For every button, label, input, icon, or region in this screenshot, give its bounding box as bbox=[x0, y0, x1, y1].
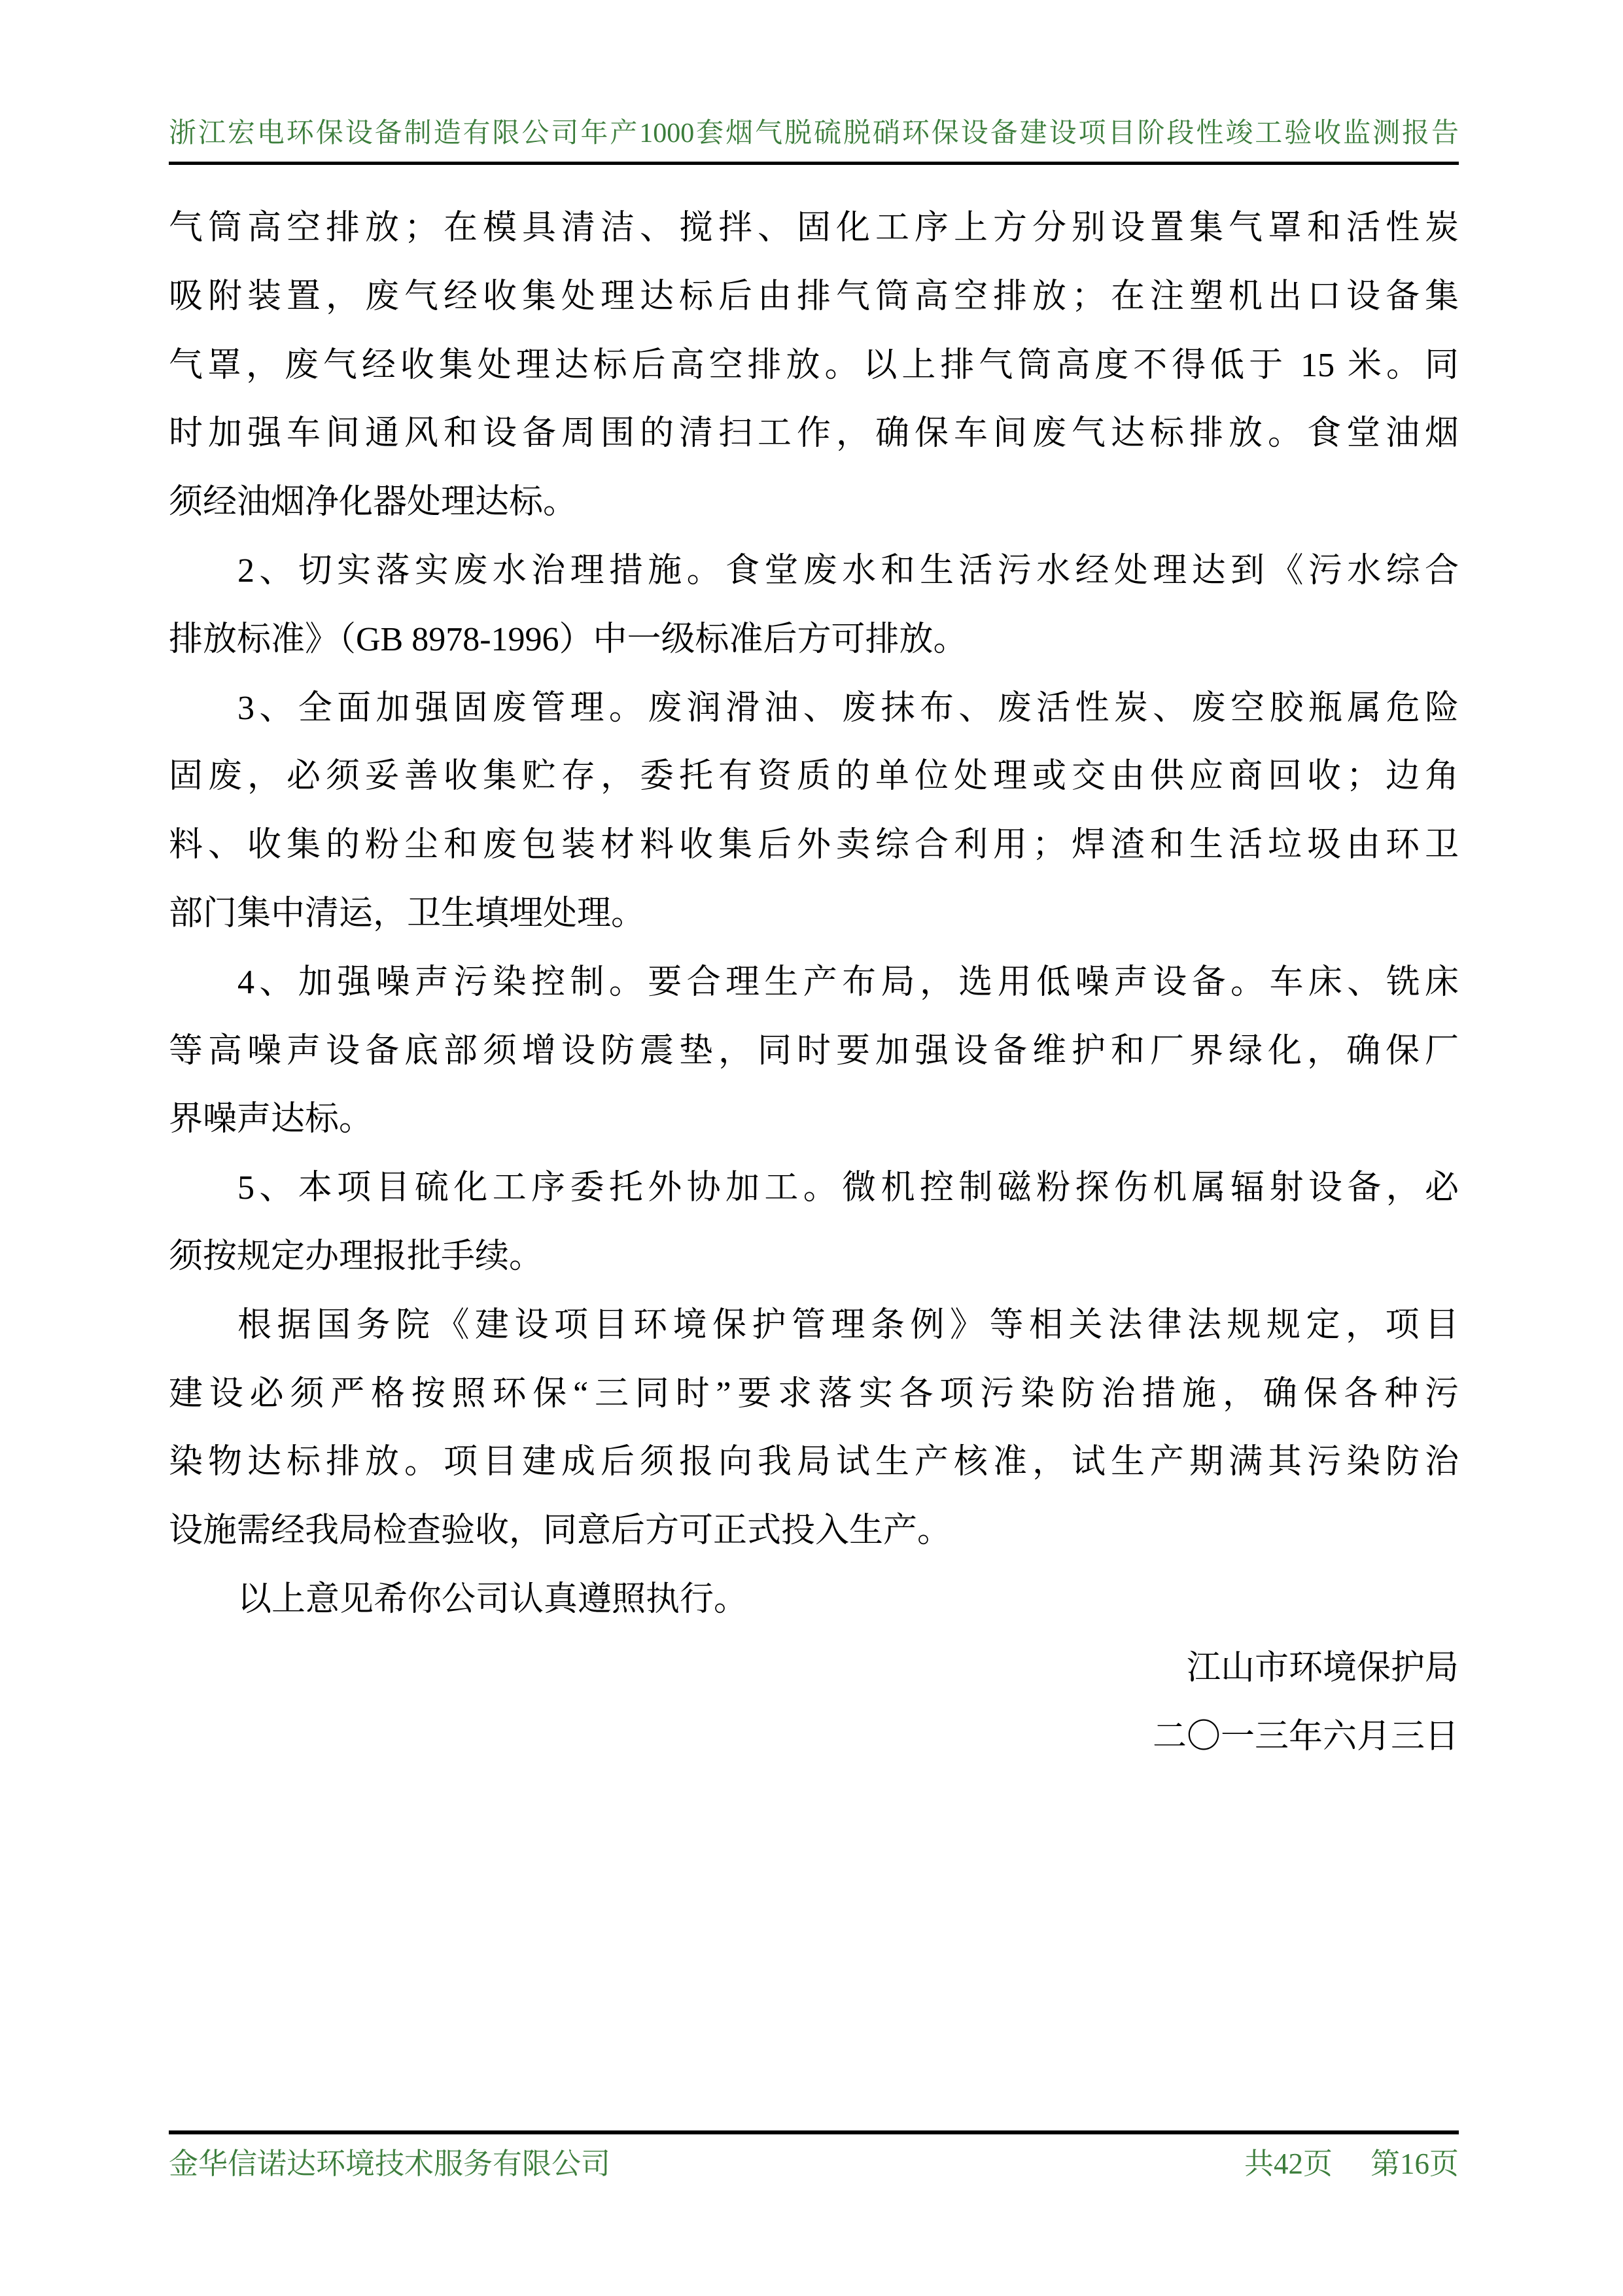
footer-rule bbox=[169, 2130, 1459, 2134]
body-line: 部门集中清运，卫生填埋处理。 bbox=[169, 880, 1459, 949]
body-line: 吸附装置，废气经收集处理达标后由排气筒高空排放；在注塑机出口设备集 bbox=[169, 263, 1459, 332]
signature-date: 二〇一三年六月三日 bbox=[169, 1703, 1459, 1772]
body-line: 排放标准》（GB 8978-1996）中一级标准后方可排放。 bbox=[169, 606, 1459, 675]
header-title: 浙江宏电环保设备制造有限公司年产1000套烟气脱硫脱硝环保设备建设项目阶段性竣工… bbox=[169, 113, 1459, 154]
body-line: 界噪声达标。 bbox=[169, 1086, 1459, 1154]
body-line: 气罩，废气经收集处理达标后高空排放。以上排气筒高度不得低于 15 米。同 bbox=[169, 332, 1459, 400]
document-page: 浙江宏电环保设备制造有限公司年产1000套烟气脱硫脱硝环保设备建设项目阶段性竣工… bbox=[0, 0, 1623, 2296]
body-line: 须经油烟净化器处理达标。 bbox=[169, 468, 1459, 537]
document-body: 气筒高空排放；在模具清洁、搅拌、固化工序上方分别设置集气罩和活性炭 吸附装置，废… bbox=[169, 194, 1459, 1771]
footer-company: 金华信诺达环境技术服务有限公司 bbox=[169, 2145, 610, 2183]
body-line-paragraph-4: 4、加强噪声污染控制。要合理生产布局，选用低噪声设备。车床、铣床 bbox=[169, 949, 1459, 1017]
body-line: 固废，必须妥善收集贮存，委托有资质的单位处理或交由供应商回收；边角 bbox=[169, 743, 1459, 811]
signature-agency: 江山市环境保护局 bbox=[169, 1634, 1459, 1703]
body-line-paragraph-5: 5、本项目硫化工序委托外协加工。微机控制磁粉探伤机属辐射设备，必 bbox=[169, 1154, 1459, 1223]
body-line: 料、收集的粉尘和废包装材料收集后外卖综合利用；焊渣和生活垃圾由环卫 bbox=[169, 811, 1459, 880]
body-line-paragraph-3: 3、全面加强固废管理。废润滑油、废抹布、废活性炭、废空胶瓶属危险 bbox=[169, 675, 1459, 743]
body-line-closing: 以上意见希你公司认真遵照执行。 bbox=[169, 1566, 1459, 1634]
body-line: 根据国务院《建设项目环境保护管理条例》等相关法律法规规定，项目 bbox=[169, 1292, 1459, 1360]
footer-current-page: 第16页 bbox=[1370, 2145, 1459, 2183]
body-line: 建设必须严格按照环保“三同时”要求落实各项污染防治措施，确保各种污 bbox=[169, 1360, 1459, 1429]
body-line: 等高噪声设备底部须增设防震垫，同时要加强设备维护和厂界绿化，确保厂 bbox=[169, 1017, 1459, 1086]
body-line: 须按规定办理报批手续。 bbox=[169, 1223, 1459, 1292]
page-footer: 金华信诺达环境技术服务有限公司 共42页 第16页 bbox=[169, 2145, 1459, 2183]
body-line: 时加强车间通风和设备周围的清扫工作，确保车间废气达标排放。食堂油烟 bbox=[169, 400, 1459, 468]
body-line-paragraph-2: 2、切实落实废水治理措施。食堂废水和生活污水经处理达到《污水综合 bbox=[169, 537, 1459, 606]
header-rule bbox=[169, 162, 1459, 165]
body-line: 气筒高空排放；在模具清洁、搅拌、固化工序上方分别设置集气罩和活性炭 bbox=[169, 194, 1459, 263]
footer-total-pages: 共42页 bbox=[1244, 2145, 1333, 2183]
body-line: 染物达标排放。项目建成后须报向我局试生产核准，试生产期满其污染防治 bbox=[169, 1428, 1459, 1497]
footer-page-info: 共42页 第16页 bbox=[1244, 2145, 1459, 2183]
body-line: 设施需经我局检查验收，同意后方可正式投入生产。 bbox=[169, 1497, 1459, 1566]
